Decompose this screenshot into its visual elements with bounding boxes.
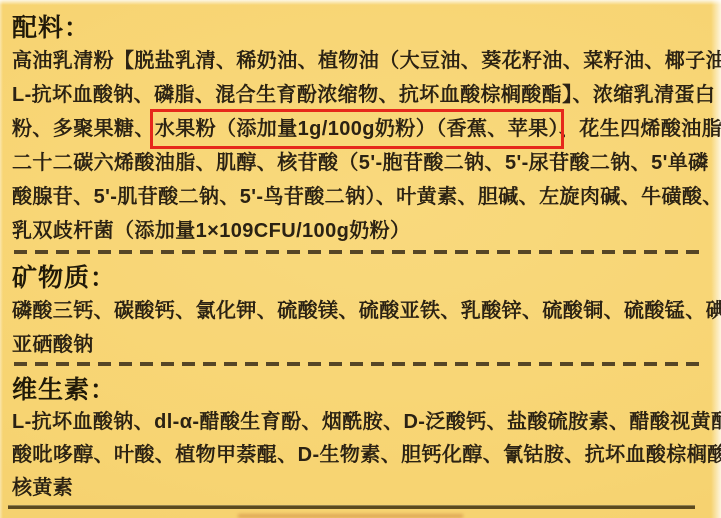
ingredient-label-panel: 配料： 高油乳清粉【脱盐乳清、稀奶油、植物油（大豆油、葵花籽油、菜籽油、椰子油）… — [0, 0, 721, 518]
minerals-heading: 矿物质： — [12, 262, 707, 294]
vitamins-body: L-抗坏血酸钠、dl-α-醋酸生育酚、烟酰胺、D-泛酸钙、盐酸硫胺素、醋酸视黄酯… — [12, 406, 707, 505]
vitamins-line-1: L-抗坏血酸钠、dl-α-醋酸生育酚、烟酰胺、D-泛酸钙、盐酸硫胺素、醋酸视黄酯… — [12, 406, 707, 439]
ingredients-line-3-prefix: 粉、多聚果糖、 — [12, 118, 155, 140]
dashed-divider-1 — [14, 250, 703, 254]
ingredients-line-6: 乳双歧杆菌（添加量1×109CFU/100g奶粉） — [12, 214, 707, 248]
section-ingredients: 配料： 高油乳清粉【脱盐乳清、稀奶油、植物油（大豆油、葵花籽油、菜籽油、椰子油）… — [12, 12, 707, 248]
vitamins-line-3: 核黄素 — [12, 472, 707, 505]
ingredients-line-3: 粉、多聚果糖、水果粉（添加量1g/100g奶粉）（香蕉、苹果）、花生四烯酸油脂、 — [12, 112, 707, 146]
highlight-box: 水果粉（添加量1g/100g奶粉）（香蕉、苹果） — [155, 114, 559, 144]
minerals-body: 磷酸三钙、碳酸钙、氯化钾、硫酸镁、硫酸亚铁、乳酸锌、硫酸铜、硫酸锰、碘酸钾、 亚… — [12, 294, 707, 362]
vitamins-line-2: 酸吡哆醇、叶酸、植物甲萘醌、D-生物素、胆钙化醇、氰钴胺、抗坏血酸棕榈酸酯、 — [12, 439, 707, 472]
minerals-line-2: 亚硒酸钠 — [12, 328, 707, 362]
minerals-line-1: 磷酸三钙、碳酸钙、氯化钾、硫酸镁、硫酸亚铁、乳酸锌、硫酸铜、硫酸锰、碘酸钾、 — [12, 294, 707, 328]
section-vitamins: 维生素： L-抗坏血酸钠、dl-α-醋酸生育酚、烟酰胺、D-泛酸钙、盐酸硫胺素、… — [12, 374, 707, 505]
ingredients-line-2: L-抗坏血酸钠、磷脂、混合生育酚浓缩物、抗坏血酸棕榈酸酯】、浓缩乳清蛋白 — [12, 78, 707, 112]
vitamins-heading: 维生素： — [12, 374, 707, 406]
ingredients-body: 高油乳清粉【脱盐乳清、稀奶油、植物油（大豆油、葵花籽油、菜籽油、椰子油）、 L-… — [12, 44, 707, 248]
ingredients-line-4: 二十二碳六烯酸油脂、肌醇、核苷酸（5'-胞苷酸二钠、5'-尿苷酸二钠、5'单磷 — [12, 146, 707, 180]
ingredients-heading: 配料： — [12, 12, 707, 44]
dashed-divider-2 — [14, 362, 703, 366]
ingredients-line-1: 高油乳清粉【脱盐乳清、稀奶油、植物油（大豆油、葵花籽油、菜籽油、椰子油）、 — [12, 44, 707, 78]
section-minerals: 矿物质： 磷酸三钙、碳酸钙、氯化钾、硫酸镁、硫酸亚铁、乳酸锌、硫酸铜、硫酸锰、碘… — [12, 262, 707, 362]
ingredients-line-5: 酸腺苷、5'-肌苷酸二钠、5'-鸟苷酸二钠）、叶黄素、胆碱、左旋肉碱、牛磺酸、 — [12, 180, 707, 214]
solid-divider — [8, 505, 695, 509]
ingredients-line-3-suffix: 、花生四烯酸油脂、 — [559, 118, 721, 140]
cutoff-content-artifact — [238, 514, 463, 518]
